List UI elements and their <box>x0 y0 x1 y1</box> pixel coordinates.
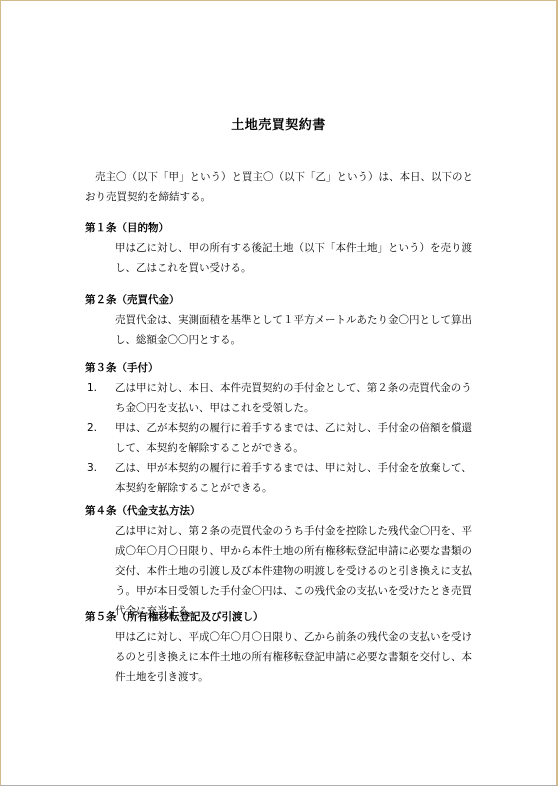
article-heading: 第４条（代金支払方法） <box>85 501 481 521</box>
article-body: 売買代金は、実測面積を基準として１平方メートルあたり金〇円として算出し、総額金〇… <box>85 310 481 350</box>
item-text: 甲は、乙が本契約の履行に着手するまでは、乙に対し、手付金の倍額を償還して、本契約… <box>115 418 481 458</box>
article-heading: 第１条（目的物） <box>85 218 481 238</box>
article-heading: 第３条（手付） <box>85 358 481 378</box>
item-number: 2. <box>85 418 115 458</box>
list-item: 3. 乙は、甲が本契約の履行に着手するまでは、甲に対し、手付金を放棄して、本契約… <box>85 458 481 498</box>
item-text: 乙は、甲が本契約の履行に着手するまでは、甲に対し、手付金を放棄して、本契約を解除… <box>115 458 481 498</box>
item-text: 乙は甲に対し、本日、本件売買契約の手付金として、第２条の売買代金のうち金〇円を支… <box>115 378 481 418</box>
article-body: 甲は乙に対し、平成〇年〇月〇日限り、乙から前条の残代金の支払いを受けるのと引き換… <box>85 627 481 687</box>
article-1: 第１条（目的物） 甲は乙に対し、甲の所有する後記土地（以下「本件土地」という）を… <box>85 218 481 278</box>
article-3: 第３条（手付） 1. 乙は甲に対し、本日、本件売買契約の手付金として、第２条の売… <box>85 358 481 498</box>
list-item: 1. 乙は甲に対し、本日、本件売買契約の手付金として、第２条の売買代金のうち金〇… <box>85 378 481 418</box>
article-heading: 第２条（売買代金） <box>85 290 481 310</box>
article-heading: 第５条（所有権移転登記及び引渡し） <box>85 607 481 627</box>
document-page: 土地売買契約書 売主〇（以下「甲」という）と買主〇（以下「乙」という）は、本日、… <box>0 0 558 786</box>
item-number: 3. <box>85 458 115 498</box>
article-5: 第５条（所有権移転登記及び引渡し） 甲は乙に対し、平成〇年〇月〇日限り、乙から前… <box>85 607 481 687</box>
article-body: 甲は乙に対し、甲の所有する後記土地（以下「本件土地」という）を売り渡し、乙はこれ… <box>85 238 481 278</box>
article-2: 第２条（売買代金） 売買代金は、実測面積を基準として１平方メートルあたり金〇円と… <box>85 290 481 350</box>
article-body: 乙は甲に対し、第２条の売買代金のうち手付金を控除した残代金〇円を、平成〇年〇月〇… <box>85 521 481 621</box>
item-number: 1. <box>85 378 115 418</box>
intro-paragraph: 売主〇（以下「甲」という）と買主〇（以下「乙」という）は、本日、以下のとおり売買… <box>85 167 481 207</box>
article-4: 第４条（代金支払方法） 乙は甲に対し、第２条の売買代金のうち手付金を控除した残代… <box>85 501 481 621</box>
document-title: 土地売買契約書 <box>1 114 556 133</box>
list-item: 2. 甲は、乙が本契約の履行に着手するまでは、乙に対し、手付金の倍額を償還して、… <box>85 418 481 458</box>
